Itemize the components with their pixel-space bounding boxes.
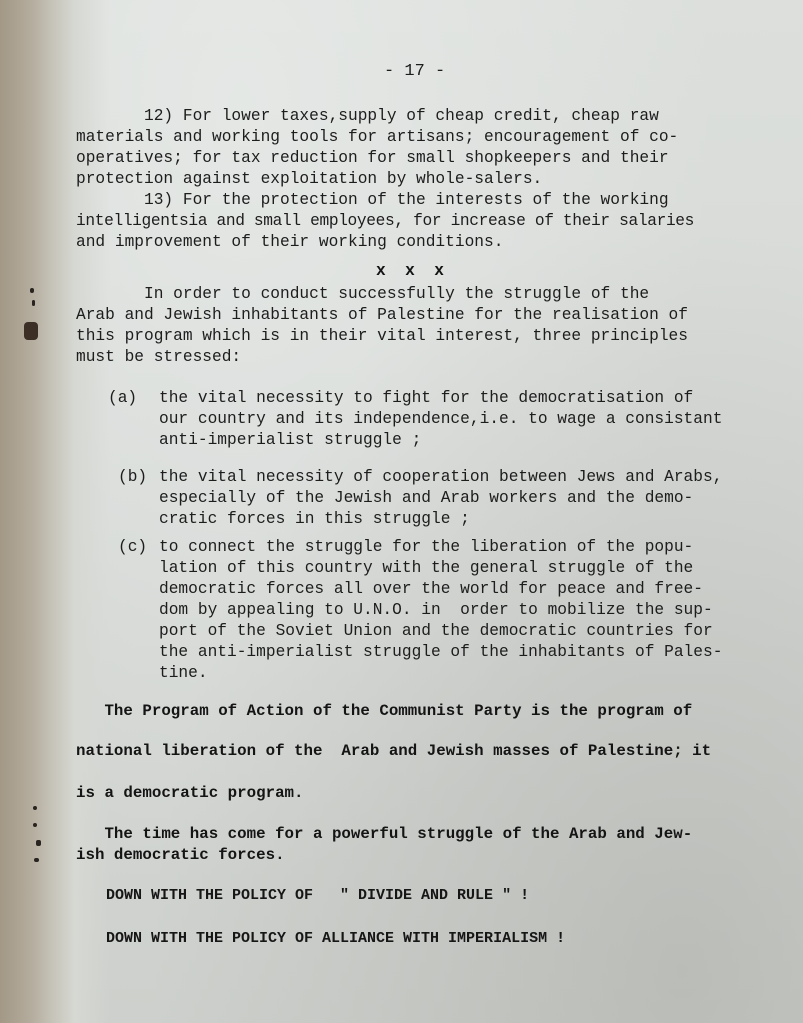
text-line: and improvement of their working conditi… bbox=[76, 233, 503, 251]
text-line: to connect the struggle for the liberati… bbox=[159, 538, 693, 556]
text-line: 12) For lower taxes,supply of cheap cred… bbox=[76, 107, 659, 125]
text-line: operatives; for tax reduction for small … bbox=[76, 149, 669, 167]
binder-hole-mark bbox=[32, 300, 35, 306]
text-line: democratic forces all over the world for… bbox=[159, 580, 703, 598]
text-line: the anti-imperialist struggle of the inh… bbox=[159, 643, 722, 661]
text-line: The time has come for a powerful struggl… bbox=[76, 825, 692, 843]
binder-hole-mark bbox=[34, 858, 39, 862]
slogan: DOWN WITH THE POLICY OF " DIVIDE AND RUL… bbox=[106, 887, 529, 904]
principle-label: (b) bbox=[118, 468, 147, 486]
text-line: national liberation of the Arab and Jewi… bbox=[76, 742, 711, 760]
principle-label: (a) bbox=[108, 389, 137, 407]
binder-hole-mark bbox=[33, 823, 37, 827]
text-line: port of the Soviet Union and the democra… bbox=[159, 622, 713, 640]
binder-hole-mark bbox=[24, 322, 38, 340]
text-line: ish democratic forces. bbox=[76, 846, 285, 864]
text-line: dom by appealing to U.N.O. in order to m… bbox=[159, 601, 713, 619]
slogan: DOWN WITH THE POLICY OF ALLIANCE WITH IM… bbox=[106, 930, 565, 947]
text-line: especially of the Jewish and Arab worker… bbox=[159, 489, 693, 507]
text-line: anti-imperialist struggle ; bbox=[159, 431, 421, 449]
text-line: 13) For the protection of the interests … bbox=[76, 191, 669, 209]
text-line: In order to conduct successfully the str… bbox=[76, 285, 649, 303]
binder-hole-mark bbox=[30, 288, 34, 293]
text-line: Arab and Jewish inhabitants of Palestine… bbox=[76, 306, 688, 324]
principle-label: (c) bbox=[118, 538, 147, 556]
text-line: materials and working tools for artisans… bbox=[76, 128, 678, 146]
document-page: - 17 - 12) For lower taxes,supply of che… bbox=[0, 0, 803, 1023]
text-line: The Program of Action of the Communist P… bbox=[76, 702, 692, 720]
text-line: is a democratic program. bbox=[76, 784, 304, 802]
binder-hole-mark bbox=[33, 806, 37, 810]
text-line: tine. bbox=[159, 664, 208, 682]
text-line: the vital necessity to fight for the dem… bbox=[159, 389, 693, 407]
page-number: - 17 - bbox=[384, 62, 445, 81]
text-line: lation of this country with the general … bbox=[159, 559, 693, 577]
text-line: protection against exploitation by whole… bbox=[76, 170, 542, 188]
section-separator: x x x bbox=[376, 262, 444, 280]
text-line: cratic forces in this struggle ; bbox=[159, 510, 470, 528]
text-line: intelligentsia and small employees, for … bbox=[76, 212, 694, 230]
text-line: this program which is in their vital int… bbox=[76, 327, 688, 345]
text-line: the vital necessity of cooperation betwe… bbox=[159, 468, 722, 486]
text-line: our country and its independence,i.e. to… bbox=[159, 410, 722, 428]
text-line: must be stressed: bbox=[76, 348, 241, 366]
binder-hole-mark bbox=[36, 840, 41, 846]
